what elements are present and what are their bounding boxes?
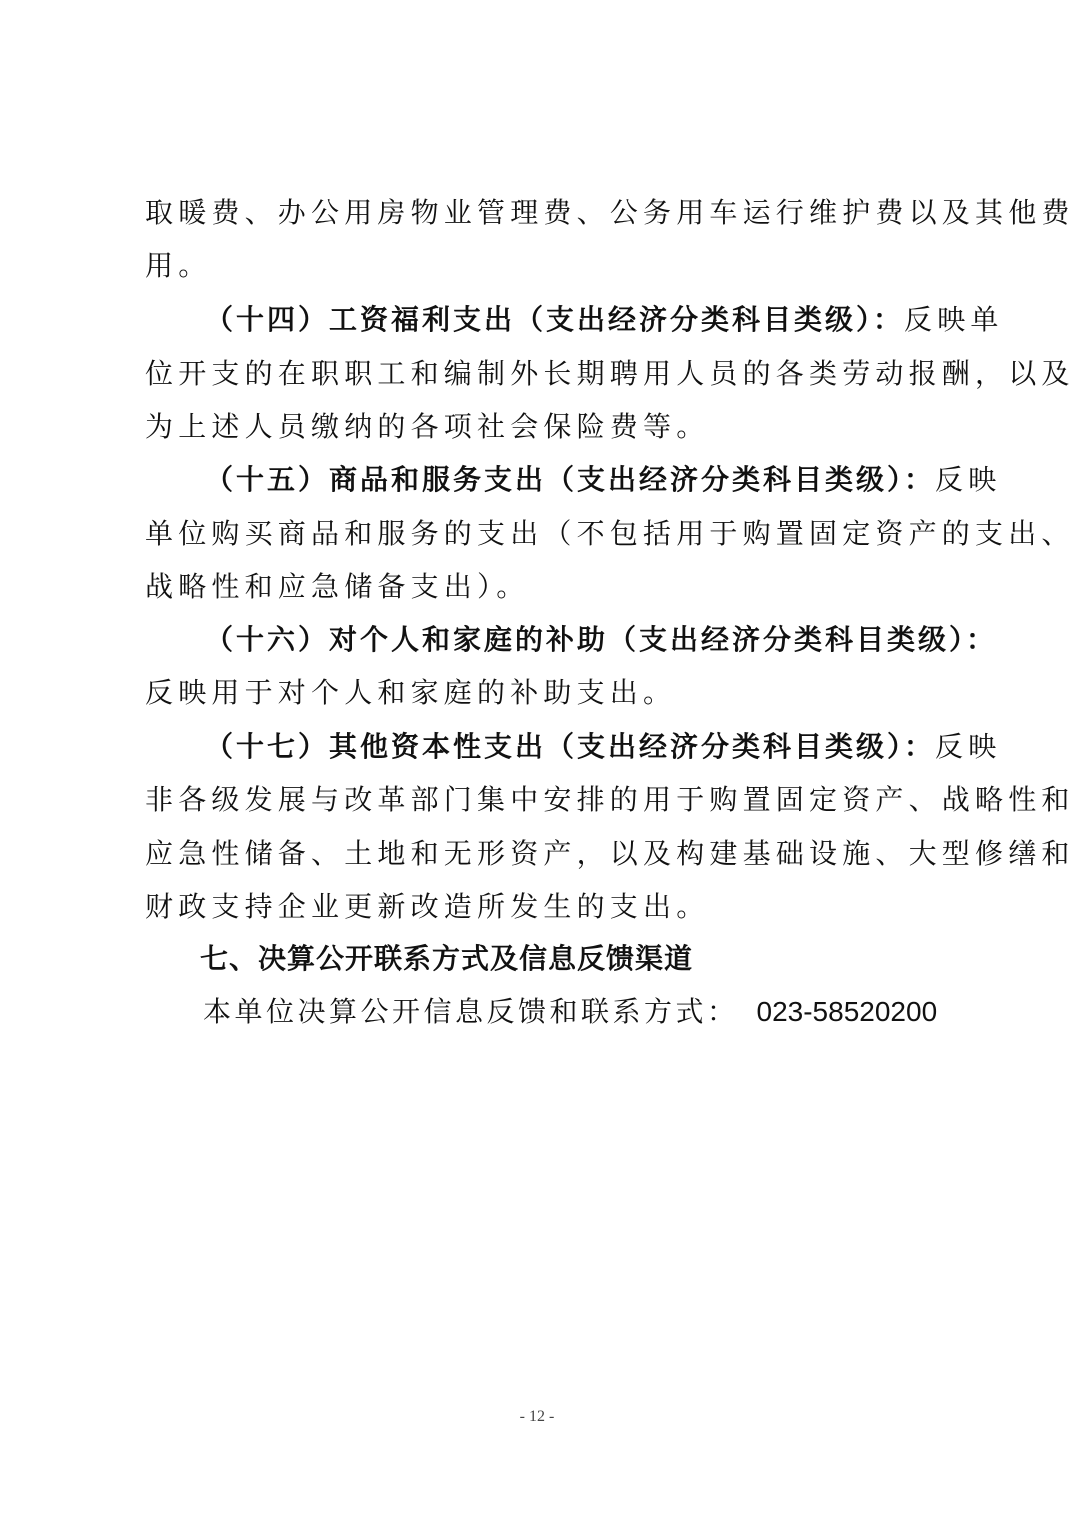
paragraph-line: 应急性储备、土地和无形资产，以及构建基础设施、大型修缮和: [145, 836, 945, 872]
paragraph-line: 反映用于对个人和家庭的补助支出。: [145, 675, 945, 711]
contact-phone: 023-58520200: [757, 996, 938, 1027]
item-label: （十四）工资福利支出（支出经济分类科目类级）：: [205, 303, 904, 336]
item-text: 反映: [935, 463, 1001, 496]
paragraph-line: 财政支持企业更新改造所发生的支出。: [145, 889, 945, 925]
item-label: （十五）商品和服务支出（支出经济分类科目类级）：: [205, 463, 935, 496]
item-label: （十七）其他资本性支出（支出经济分类科目类级）：: [205, 730, 935, 763]
paragraph-line: 取暖费、办公用房物业管理费、公务用车运行维护费以及其他费: [145, 195, 945, 231]
paragraph-line: 非各级发展与改革部门集中安排的用于购置固定资产、战略性和: [145, 782, 945, 818]
item-heading-14: （十四）工资福利支出（支出经济分类科目类级）：反映单: [205, 302, 945, 338]
paragraph-line: 单位购买商品和服务的支出（不包括用于购置固定资产的支出、: [145, 516, 945, 552]
contact-line: 本单位决算公开信息反馈和联系方式：023-58520200: [203, 994, 937, 1030]
item-text: 反映: [935, 730, 1001, 763]
item-text: 反映单: [904, 303, 1004, 336]
item-label: （十六）对个人和家庭的补助（支出经济分类科目类级）：: [205, 623, 997, 656]
item-heading-17: （十七）其他资本性支出（支出经济分类科目类级）：反映: [205, 729, 945, 765]
paragraph-line: 位开支的在职职工和编制外长期聘用人员的各类劳动报酬，以及: [145, 356, 945, 392]
item-heading-16: （十六）对个人和家庭的补助（支出经济分类科目类级）：: [205, 622, 945, 658]
paragraph-line: 战略性和应急储备支出）。: [145, 569, 945, 605]
paragraph-line: 用。: [145, 248, 945, 284]
contact-label: 本单位决算公开信息反馈和联系方式：: [203, 995, 739, 1028]
paragraph-line: 为上述人员缴纳的各项社会保险费等。: [145, 409, 945, 445]
item-heading-15: （十五）商品和服务支出（支出经济分类科目类级）：反映: [205, 462, 945, 498]
section-heading: 七、决算公开联系方式及信息反馈渠道: [200, 941, 693, 977]
document-page: 取暖费、办公用房物业管理费、公务用车运行维护费以及其他费 用。 （十四）工资福利…: [0, 0, 1074, 1520]
page-number: - 12 -: [0, 1408, 1074, 1426]
